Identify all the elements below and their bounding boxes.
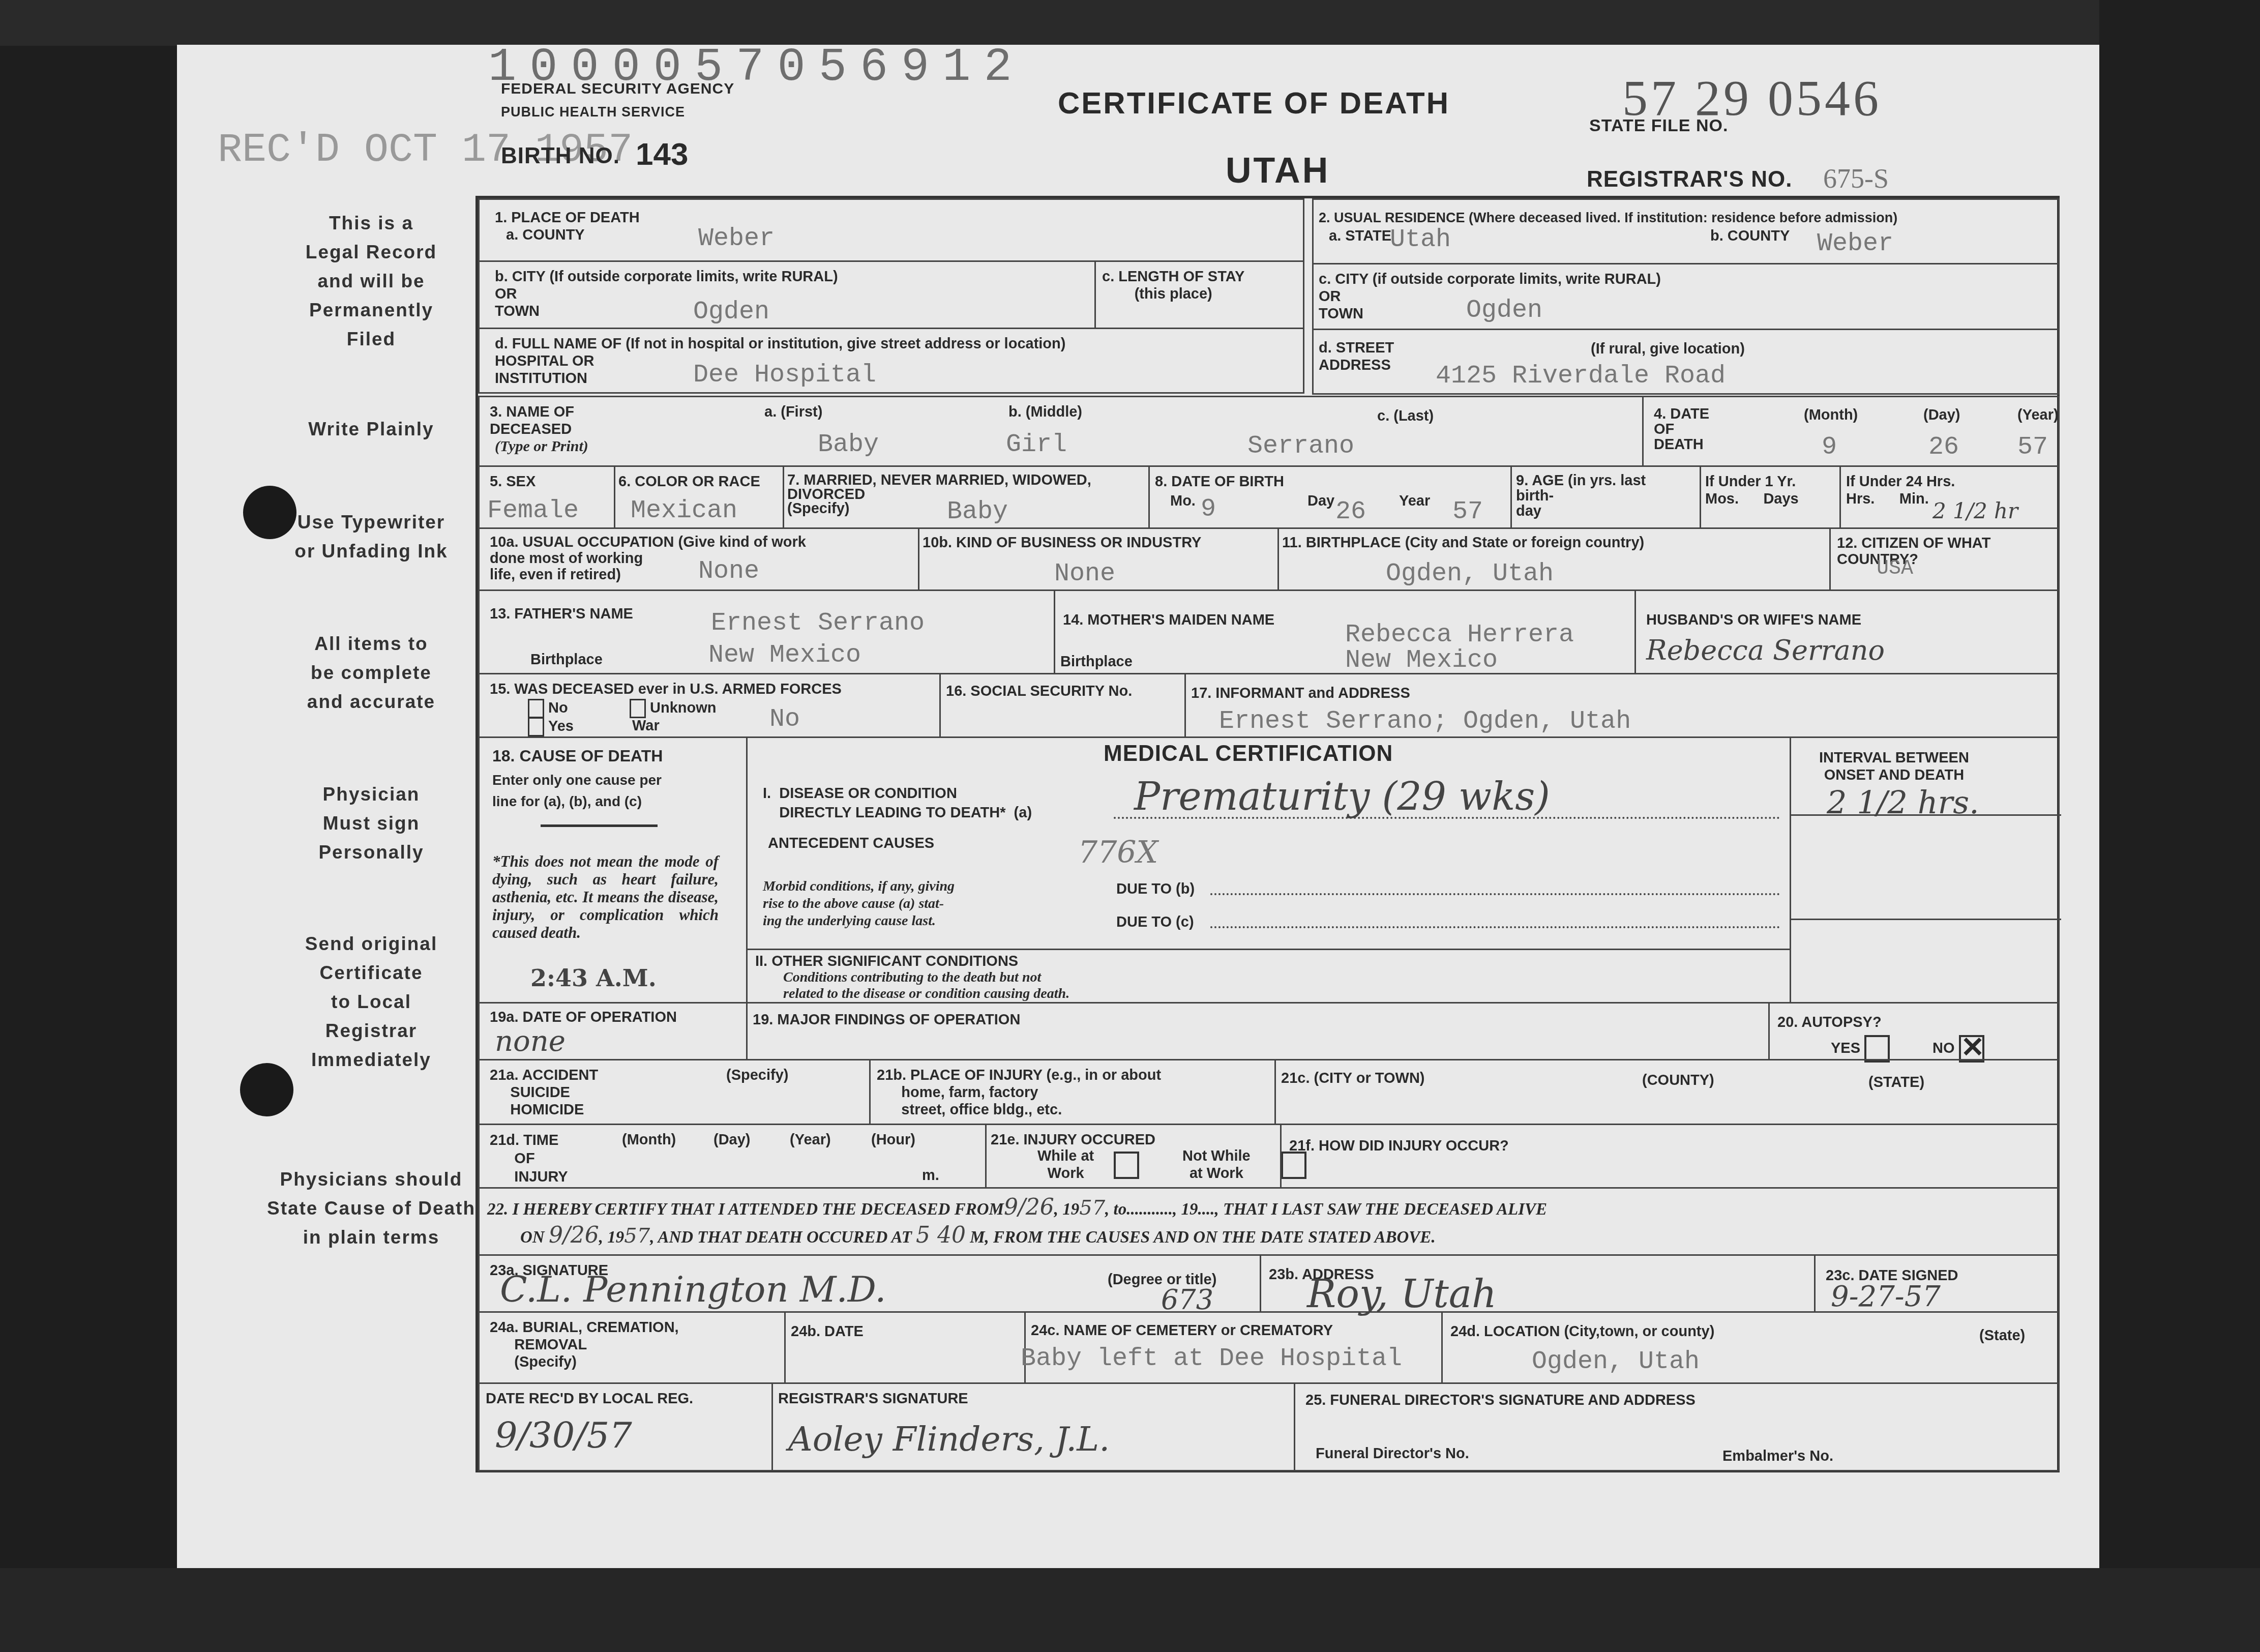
service-name: PUBLIC HEALTH SERVICE [501, 104, 685, 120]
field-24b-date: 24b. DATE [784, 1311, 1026, 1384]
state-file-label: STATE FILE NO. [1589, 116, 1728, 136]
residence-state-value: Utah [1390, 225, 1451, 254]
option-label: No [548, 700, 568, 716]
death-month-value: 9 [1822, 433, 1837, 462]
field-label: 24d. LOCATION (City,town, or county) [1450, 1323, 1714, 1340]
field-label: 9. AGE (in yrs. last birth- day [1516, 473, 1646, 519]
field-3-name: 3. NAME OF DECEASED (Type or Print) a. (… [478, 396, 1644, 467]
field-label: 6. COLOR OR RACE [618, 473, 760, 490]
field-label: a. STATE [1329, 227, 1391, 245]
field-label: (Month) [622, 1131, 676, 1148]
field-21a-accident: 21a. ACCIDENT SUICIDE HOMICIDE (Specify) [478, 1059, 871, 1125]
death-year-value: 57 [2017, 433, 2048, 462]
occupation-value: None [698, 557, 759, 586]
cert-text: AND THAT DEATH OCCURED AT [658, 1228, 911, 1247]
sidebar-note-complete: All items to be complete and accurate [239, 629, 503, 716]
field-label: 5. SEX [490, 473, 536, 490]
death-day-value: 26 [1928, 433, 1959, 462]
field-label: a. COUNTY [506, 226, 585, 244]
spouse-name-value: Rebecca Serrano [1646, 634, 1885, 666]
field-label: (Year) [2017, 406, 2059, 424]
option-label: NO [1932, 1040, 1955, 1056]
field-label: 15. WAS DECEASED ever in U.S. ARMED FORC… [490, 681, 842, 698]
place-city-value: Ogden [693, 298, 769, 327]
cause-a-value: Prematurity (29 wks) [1134, 774, 1550, 819]
field-label: 24a. BURIAL, CREMATION, REMOVAL (Specify… [490, 1319, 679, 1371]
scan-bottom-border [0, 1568, 2260, 1652]
registrar-no-label: REGISTRAR'S NO. [1587, 167, 1792, 192]
field-19a-date-of-operation: 19a. DATE OF OPERATION none [478, 1002, 748, 1060]
divider [1791, 919, 2061, 920]
business-value: None [1054, 559, 1115, 588]
field-18-cause-of-death: 18. CAUSE OF DEATH Enter only one cause … [478, 736, 748, 1004]
field-label: 21a. ACCIDENT SUICIDE HOMICIDE [490, 1067, 598, 1118]
residence-county-value: Weber [1817, 229, 1893, 258]
field-label: 18. CAUSE OF DEATH [492, 747, 663, 764]
sidebar-note-typewriter: Use Typewriter or Unfading Ink [239, 508, 503, 566]
field-label: 19a. DATE OF OPERATION [490, 1009, 677, 1026]
field-label: 8. DATE OF BIRTH [1155, 473, 1284, 490]
first-name-value: Baby [818, 430, 879, 459]
hospital-value: Dee Hospital [693, 361, 876, 390]
field-label: Mo. [1170, 492, 1196, 510]
field-1c-length-of-stay: c. LENGTH OF STAY (this place) [1094, 260, 1304, 329]
race-value: Mexican [631, 496, 737, 525]
option-label: While at Work [1037, 1147, 1094, 1182]
checkbox[interactable] [630, 699, 646, 718]
field-23c-date-signed: 23c. DATE SIGNED 9-27-57 [1814, 1254, 2060, 1313]
field-label: 17. INFORMANT and ADDRESS [1191, 685, 1410, 702]
scan-right-border [2099, 0, 2260, 1652]
state-name: UTAH [1226, 150, 1330, 191]
armed-forces-no-option[interactable]: No [528, 699, 568, 718]
field-label: HUSBAND'S OR WIFE'S NAME [1646, 611, 1861, 629]
burial-location-value: Ogden, Utah [1532, 1347, 1700, 1376]
field-24c-cemetery: 24c. NAME OF CEMETERY or CREMATORY Baby … [1024, 1311, 1443, 1384]
field-hint: (Specify) [726, 1067, 788, 1084]
field-label: If Under 1 Yr. Mos. Days [1705, 473, 1799, 508]
field-9c-under-24-hours: If Under 24 Hrs. Hrs. Min. 2 1/2 hr [1839, 465, 2060, 529]
field-8-date-of-birth: 8. DATE OF BIRTH Mo. 9 Day 26 Year 57 [1148, 465, 1512, 529]
field-label: II. OTHER SIGNIFICANT CONDITIONS [755, 953, 1018, 970]
field-label: (Year) [790, 1131, 831, 1148]
field-24a-burial: 24a. BURIAL, CREMATION, REMOVAL (Specify… [478, 1311, 786, 1384]
agency-name: FEDERAL SECURITY AGENCY [501, 80, 734, 98]
place-county-value: Weber [698, 224, 775, 253]
field-label: 4. DATE OF DEATH [1654, 406, 1709, 452]
cemetery-value: Baby left at Dee Hospital [1021, 1344, 1402, 1373]
field-label: 20. AUTOPSY? [1777, 1014, 1882, 1031]
birth-day-value: 26 [1335, 497, 1366, 526]
field-hint: (Type or Print) [495, 438, 588, 455]
armed-forces-value: No [769, 705, 800, 734]
middle-name-value: Girl [1006, 430, 1067, 459]
field-10b-business: 10b. KIND OF BUSINESS OR INDUSTRY None [918, 527, 1279, 591]
field-17-informant: 17. INFORMANT and ADDRESS Ernest Serrano… [1184, 673, 2060, 738]
cert-text: M, FROM THE CAUSES AND ON THE DATE STATE… [970, 1228, 1435, 1247]
armed-forces-unknown-option[interactable]: Unknown [630, 699, 717, 718]
field-label: DATE REC'D BY LOCAL REG. [486, 1390, 693, 1407]
sidebar-note-write-plainly: Write Plainly [239, 415, 503, 444]
medical-certification-title: MEDICAL CERTIFICATION [1104, 741, 1393, 766]
field-label: Year [1399, 492, 1430, 510]
field-9-age: 9. AGE (in yrs. last birth- day [1510, 465, 1701, 529]
field-21f-how-injury: 21f. HOW DID INJURY OCCUR? [1280, 1124, 2060, 1189]
sidebar-note-send-original: Send original Certificate to Local Regis… [239, 929, 503, 1074]
field-label: Embalmer's No. [1722, 1448, 1833, 1465]
birth-month-value: 9 [1201, 495, 1216, 524]
armed-forces-yes-option[interactable]: Yes [528, 717, 574, 736]
field-label: 21f. HOW DID INJURY OCCUR? [1289, 1137, 1509, 1155]
checkbox[interactable] [528, 699, 544, 718]
field-label: (COUNTY) [1642, 1072, 1714, 1089]
field-4-date-of-death: 4. DATE OF DEATH (Month) (Day) (Year) 9 … [1642, 396, 2060, 467]
field-label: 21c. (CITY or TOWN) [1281, 1070, 1425, 1087]
cause-note: *This does not mean the mode of dying, s… [492, 852, 719, 941]
operation-date-value: none [495, 1025, 566, 1058]
field-label: 13. FATHER'S NAME [490, 605, 633, 623]
field-2d-street: d. STREET ADDRESS (If rural, give locati… [1312, 329, 2060, 395]
residence-city-value: Ogden [1466, 296, 1542, 325]
field-registrar-signature: REGISTRAR'S SIGNATURE Aoley Flinders, J.… [771, 1382, 1295, 1471]
physician-signature: C.L. Pennington M.D. [500, 1268, 886, 1310]
field-label: c. LENGTH OF STAY (this place) [1102, 268, 1244, 303]
certification-line-2: ON 9/26, 1957, AND THAT DEATH OCCURED AT… [520, 1227, 1436, 1246]
sidebar-note-physician: Physician Must sign Personally [239, 780, 503, 867]
cert-text: ON [520, 1228, 545, 1247]
sidebar-note-legal-record: This is a Legal Record and will be Perma… [239, 209, 503, 353]
field-2-usual-residence: 2. USUAL RESIDENCE (Where deceased lived… [1312, 198, 2060, 264]
field-label: (STATE) [1868, 1074, 1924, 1091]
mother-name-value: Rebecca Herrera [1345, 621, 1574, 650]
field-label: b. COUNTY [1710, 227, 1790, 245]
field-hint: (If rural, give location) [1591, 340, 1745, 358]
field-1b-city: b. CITY (If outside corporate limits, wr… [478, 260, 1096, 329]
death-time-value: 5 40 [916, 1222, 966, 1248]
field-label: a. (First) [764, 403, 822, 421]
while-at-work-checkbox[interactable] [1114, 1152, 1139, 1179]
father-name-value: Ernest Serrano [711, 609, 925, 638]
field-23a-signature: 23a. SIGNATURE C.L. Pennington M.D. (Deg… [478, 1254, 1261, 1313]
field-label: 19. MAJOR FINDINGS OF OPERATION [753, 1011, 1020, 1028]
field-1a-county: 1. PLACE OF DEATH a. COUNTY Weber [478, 198, 1304, 262]
field-label: Birthplace [1060, 653, 1133, 670]
father-birthplace-value: New Mexico [708, 641, 861, 670]
field-label: 7. MARRIED, NEVER MARRIED, WIDOWED, DIVO… [787, 473, 1091, 516]
field-24d-location: 24d. LOCATION (City,town, or county) (St… [1441, 1311, 2060, 1384]
field-2c-city: c. CITY (if outside corporate limits, wr… [1312, 263, 2060, 330]
field-instructions: Enter only one cause per line for (a), (… [492, 770, 662, 812]
field-23b-address: 23b. ADDRESS Roy, Utah [1260, 1254, 1816, 1313]
field-9b-under-1-year: If Under 1 Yr. Mos. Days [1700, 465, 1841, 529]
field-1d-hospital: d. FULL NAME OF (If not in hospital or i… [478, 328, 1304, 394]
field-label: DUE TO (c) [1116, 913, 1194, 931]
citizenship-value: USA [1877, 557, 1913, 580]
field-label: Birthplace [530, 651, 603, 668]
field-label: b. CITY (If outside corporate limits, wr… [495, 268, 838, 320]
field-label: (State) [1979, 1327, 2025, 1344]
field-20-autopsy: 20. AUTOPSY? YES NO ✕ [1768, 1002, 2060, 1060]
physician-address-value: Roy, Utah [1307, 1271, 1497, 1316]
field-label: (Day) [1923, 406, 1960, 424]
residence-street-value: 4125 Riverdale Road [1436, 362, 1726, 391]
field-label: b. (Middle) [1008, 403, 1082, 421]
field-14-mother: 14. MOTHER'S MAIDEN NAME Rebecca Herrera… [1054, 589, 1636, 674]
field-label: (Hour) [871, 1131, 915, 1148]
field-7-marital: 7. MARRIED, NEVER MARRIED, WIDOWED, DIVO… [783, 465, 1150, 529]
registrar-signature: Aoley Flinders, J.L. [788, 1420, 1110, 1459]
due-b-line [1210, 893, 1780, 895]
certificate-form: 1. PLACE OF DEATH a. COUNTY Weber b. CIT… [475, 196, 2060, 1472]
field-spouse-name: HUSBAND'S OR WIFE'S NAME Rebecca Serrano [1634, 589, 2060, 674]
field-label: 3. NAME OF DECEASED [490, 403, 574, 438]
field-10a-occupation: 10a. USUAL OCCUPATION (Give kind of work… [478, 527, 919, 591]
field-label: Day [1307, 492, 1334, 510]
field-label: 25. FUNERAL DIRECTOR'S SIGNATURE AND ADD… [1305, 1392, 1696, 1409]
field-15-armed-forces: 15. WAS DECEASED ever in U.S. ARMED FORC… [478, 673, 941, 738]
cert-text: 22. I HEREBY CERTIFY THAT I ATTENDED THE… [487, 1200, 1004, 1219]
field-5-sex: 5. SEX Female [478, 465, 615, 529]
field-19-findings: 19. MAJOR FINDINGS OF OPERATION [746, 1002, 1770, 1060]
last-name-value: Serrano [1247, 432, 1354, 461]
field-label: c. (Last) [1377, 407, 1434, 425]
option-label: Not While at Work [1182, 1147, 1251, 1182]
last-seen-value: 9/26 [549, 1222, 599, 1248]
field-label: 11. BIRTHPLACE (City and State or foreig… [1282, 534, 1644, 551]
cause-code-annotation: 776X [1078, 835, 1158, 870]
attended-from-value: 9/26 [1004, 1194, 1054, 1220]
cert-text: , to..........., 19...., THAT I LAST SAW… [1105, 1200, 1547, 1219]
field-label: (Day) [713, 1131, 751, 1148]
field-21d-time-of-injury: 21d. TIME OF INJURY (Month) (Day) (Year)… [478, 1124, 987, 1189]
option-label: YES [1831, 1040, 1860, 1056]
option-label: Unknown [650, 700, 717, 716]
birth-year-value: 57 [1452, 497, 1483, 526]
field-13-father: 13. FATHER'S NAME Ernest Serrano Birthpl… [478, 589, 1055, 674]
autopsy-yes-option[interactable]: YES [1831, 1035, 1890, 1063]
field-label: REGISTRAR'S SIGNATURE [778, 1390, 968, 1407]
field-11-birthplace: 11. BIRTHPLACE (City and State or foreig… [1277, 527, 1831, 591]
field-label: I. DISEASE OR CONDITION DIRECTLY LEADING… [763, 784, 1032, 822]
field-label: 14. MOTHER'S MAIDEN NAME [1063, 611, 1274, 629]
field-label: Funeral Director's No. [1316, 1445, 1469, 1462]
field-label: 2. USUAL RESIDENCE (Where deceased lived… [1319, 209, 1897, 226]
field-label: INTERVAL BETWEEN ONSET AND DEATH [1819, 749, 1969, 784]
due-c-line [1210, 926, 1780, 928]
marital-value: Baby [947, 497, 1008, 526]
checkbox[interactable] [1864, 1035, 1890, 1063]
field-cause-I: MEDICAL CERTIFICATION I. DISEASE OR COND… [746, 736, 1791, 950]
sex-value: Female [487, 496, 579, 525]
sidebar-note-cause-of-death: Physicians should State Cause of Death i… [239, 1165, 503, 1252]
field-21b-place-of-injury: 21b. PLACE OF INJURY (e.g., in or about … [869, 1059, 1276, 1125]
divider [1791, 814, 2061, 816]
field-22-certification: 22. I HEREBY CERTIFY THAT I ATTENDED THE… [478, 1187, 2060, 1256]
field-cause-II: II. OTHER SIGNIFICANT CONDITIONS Conditi… [746, 949, 1791, 1004]
option-label: Yes [548, 718, 574, 734]
field-label: 21e. INJURY OCCURED [991, 1131, 1155, 1148]
certification-line-1: 22. I HEREBY CERTIFY THAT I ATTENDED THE… [487, 1199, 1547, 1218]
checked-checkbox-icon[interactable]: ✕ [1959, 1035, 1984, 1063]
field-label: 16. SOCIAL SECURITY No. [946, 683, 1132, 700]
last-seen-year: 57 [624, 1224, 650, 1248]
local-registrar-date-value: 9/30/57 [495, 1414, 632, 1456]
field-label: (Month) [1804, 406, 1858, 424]
field-21c-injury-location: 21c. (CITY or TOWN) (COUNTY) (STATE) [1274, 1059, 2060, 1125]
field-label: 10b. KIND OF BUSINESS OR INDUSTRY [923, 534, 1201, 551]
birth-no: 143 [636, 136, 688, 172]
checkbox[interactable] [528, 717, 544, 736]
morbid-conditions-text: Morbid conditions, if any, giving rise t… [763, 878, 955, 930]
field-25-funeral-director: 25. FUNERAL DIRECTOR'S SIGNATURE AND ADD… [1294, 1382, 2060, 1471]
age-hours-value: 2 1/2 hr [1932, 498, 2018, 523]
certificate-title: CERTIFICATE OF DEATH [1058, 85, 1450, 121]
field-label: m. [922, 1167, 939, 1184]
field-local-registrar-date: DATE REC'D BY LOCAL REG. 9/30/57 [478, 1382, 773, 1471]
field-label: DUE TO (b) [1116, 880, 1195, 898]
mother-birthplace-value: New Mexico [1345, 646, 1498, 675]
field-label: ANTECEDENT CAUSES [768, 835, 934, 852]
attended-from-year: 57 [1079, 1196, 1105, 1220]
field-interval: INTERVAL BETWEEN ONSET AND DEATH 2 1/2 h… [1790, 736, 2060, 1004]
field-16-social-security: 16. SOCIAL SECURITY No. [939, 673, 1186, 738]
field-label: d. STREET ADDRESS [1319, 339, 1394, 374]
field-label: 24c. NAME OF CEMETERY or CREMATORY [1031, 1322, 1333, 1339]
scan-top-border [0, 0, 2260, 46]
field-12-citizenship: 12. CITIZEN OF WHAT COUNTRY? USA [1829, 527, 2060, 591]
field-21e-injury-occurred: 21e. INJURY OCCURED While at Work Not Wh… [985, 1124, 1282, 1189]
field-label: 21d. TIME OF INJURY [490, 1131, 568, 1186]
field-label: 12. CITIZEN OF WHAT COUNTRY? [1837, 535, 1990, 568]
divider [541, 824, 658, 827]
field-label: 24b. DATE [791, 1323, 864, 1340]
field-label: 1. PLACE OF DEATH [495, 209, 640, 226]
autopsy-no-option[interactable]: NO ✕ [1932, 1035, 1984, 1063]
registrar-no: 675-S [1823, 163, 1889, 194]
birth-no-label: BIRTH NO. [501, 143, 620, 169]
field-label: 21b. PLACE OF INJURY (e.g., in or about … [877, 1067, 1161, 1118]
other-conditions-text: Conditions contributing to the death but… [783, 969, 1069, 1002]
field-6-race: 6. COLOR OR RACE Mexican [614, 465, 784, 529]
birthplace-value: Ogden, Utah [1386, 559, 1554, 588]
date-signed-value: 9-27-57 [1831, 1280, 1941, 1313]
option-label: War [632, 717, 660, 734]
time-of-death-value: 2:43 A.M. [530, 964, 657, 992]
informant-value: Ernest Serrano; Ogden, Utah [1219, 707, 1631, 736]
